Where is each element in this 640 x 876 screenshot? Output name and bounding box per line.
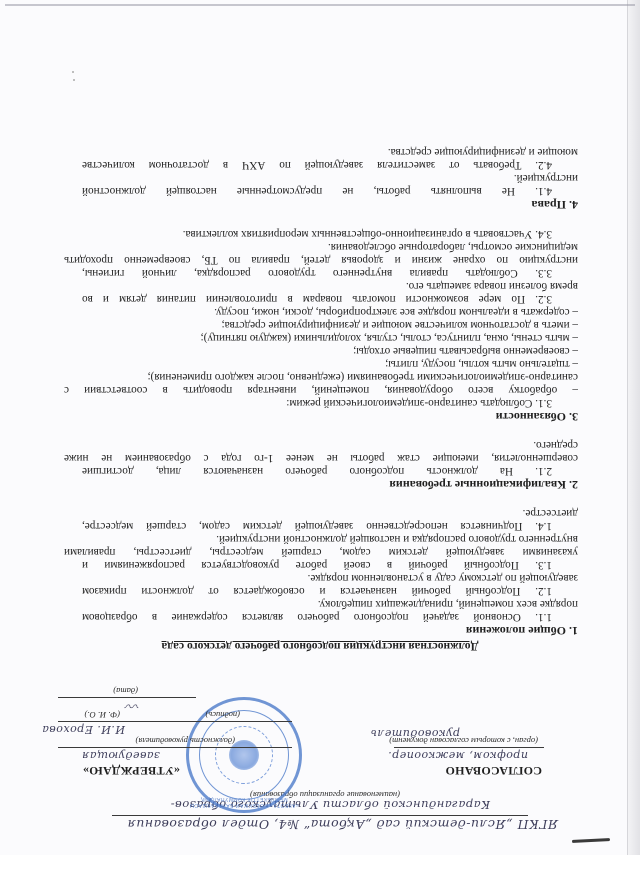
paragraph-line: 1.3. Подсобный рабочий в своей работе ру… [82, 558, 552, 571]
paragraph-line: 4.2. Требовать от заместителя заведующей… [82, 158, 552, 171]
paragraph-line: – мыть стены, окна, плинтуса, столы, сту… [64, 331, 578, 344]
approved-name-handwritten: И.И. Ерохова [42, 723, 125, 736]
paragraph-line: 3.3. Соблюдать правила внутреннего трудо… [82, 266, 552, 279]
paragraph-line: 3.2. По мере возможности помогать повара… [82, 292, 552, 305]
section-heading-rights: 4. Права [532, 197, 579, 212]
scan-edge-strip [627, 0, 640, 855]
org-name-handwritten: ЯГКП „Ясли-детский сад „Ақбота“ №4, Отде… [127, 817, 558, 832]
agreed-body-rule [394, 747, 544, 748]
paragraph-line: 1.4. Подчиняется непосредственно заведую… [82, 519, 552, 532]
paragraph-line: медицинские осмотры, лабораторные обслед… [64, 240, 578, 253]
paragraph-line: указаниями заведующей детским садом, ста… [64, 545, 578, 558]
stamp-text: «АҚБОТА» БӨБЕКЖАЙ-БАЛАБАҚШАСЫ МЕМЛЕКЕТТІ… [189, 796, 299, 808]
approved-signature-caption: (подпись) [206, 710, 241, 720]
approved-name-caption: (Ф. И. О.) [85, 710, 120, 720]
paragraph-line: инструкцию по охране жизни и здоровья де… [64, 253, 578, 266]
approved-position-handwritten: заведующая [82, 749, 160, 762]
paragraph-line: заведующей по детскому саду в установлен… [64, 571, 578, 584]
paragraph-line: среднего. [64, 438, 578, 451]
paragraph-line: 4.1. Не выполнять работы, не предусмотре… [82, 184, 552, 197]
official-stamp: «АҚБОТА» БӨБЕКЖАЙ-БАЛАБАҚШАСЫ МЕМЛЕКЕТТІ… [186, 697, 302, 813]
approved-signature-mark: 〰 [126, 696, 141, 716]
paragraph-line: 3.4. Участвовать в организационно-общест… [82, 227, 552, 240]
paragraph-line: – своевременно выбрасывать пищевые отход… [64, 344, 578, 357]
paragraph-line: – обработку всего оборудования, помещени… [64, 383, 578, 396]
paragraph-line: – иметь в достаточном количестве моющие … [64, 318, 578, 331]
org-name-rule [112, 815, 528, 816]
paragraph-line: – содержать в идеальном порядке все элек… [64, 305, 578, 318]
agreed-label: СОГЛАСОВАНО [445, 763, 542, 778]
paragraph-line: совершеннолетия, имеющие стаж работы не … [64, 451, 578, 464]
paragraph-line: – тщательно мыть котлы, посуду, плиты; [64, 357, 578, 370]
approved-date-rule [58, 697, 196, 698]
paragraph-line: инструкцией. [64, 171, 578, 184]
document-title: Должностная инструкция подсобного рабоче… [0, 640, 640, 652]
section-heading-general: 1. Общие положения [466, 623, 578, 638]
section-heading-qualifications: 2. Квалификационные требования [389, 477, 578, 492]
paragraph-line: 2.1. На должность подсобного рабочего на… [82, 464, 552, 477]
paragraph-line: порядке всех помещений, принадлежащих пи… [64, 597, 578, 610]
scan-viewport: ЯГКП „Ясли-детский сад „Ақбота“ №4, Отде… [0, 0, 640, 876]
scan-fold-line [5, 4, 635, 6]
approved-label: «УТВЕРЖДАЮ» [83, 763, 180, 778]
section-heading-duties: 3. Обязанности [496, 409, 578, 424]
paragraph-line: санитарно-эпидемиологическими требования… [64, 370, 578, 383]
approved-position-rule [58, 747, 292, 748]
paragraph-line: 1.1. Основной задачей подсобного рабочег… [82, 610, 552, 623]
paragraph-line: диетсестре. [64, 506, 578, 519]
agreed-signature-handwritten: руководитель [370, 727, 460, 740]
document-page-rotated: ЯГКП „Ясли-детский сад „Ақбота“ №4, Отде… [0, 0, 640, 876]
paragraph-line: моющие и дезинфицирующие средства. [64, 145, 578, 158]
approved-name-rule [58, 721, 292, 722]
paragraph-line: 1.2. Подсобный рабочий назначается и осв… [82, 584, 552, 597]
agreed-body-handwritten: профком, межкоопер. [388, 749, 528, 762]
paragraph-line: время болезни повара замещать его. [64, 279, 578, 292]
scan-speck [72, 71, 74, 73]
paragraph-line: 3.1. Соблюдать санитарно-эпидемиологичес… [82, 396, 552, 409]
approved-position-caption: (должность руководителя) [136, 736, 235, 746]
approved-date-caption: (дата) [113, 686, 138, 696]
scan-speck [73, 79, 75, 81]
paragraph-line: внутреннего трудового распорядка и насто… [64, 532, 578, 545]
